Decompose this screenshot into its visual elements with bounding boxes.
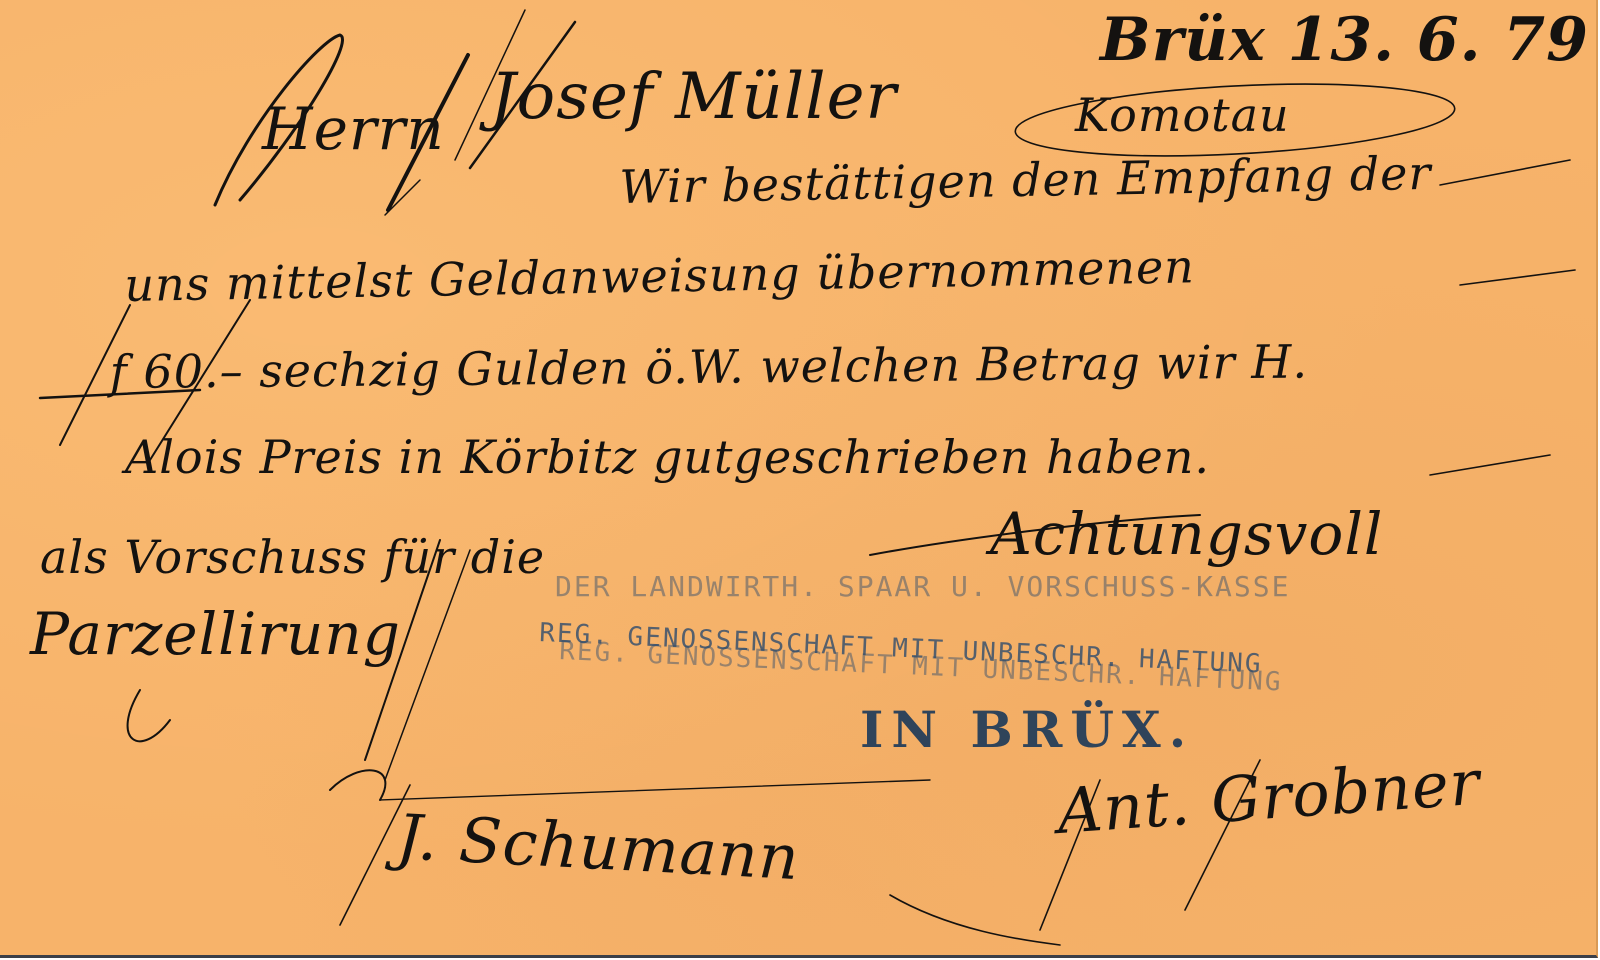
recipient-name: Josef Müller [490, 60, 897, 134]
stamp-line-1: DER LANDWIRTH. SPAAR U. VORSCHUSS-KASSE [555, 570, 1290, 603]
body-line-1: Wir bestättigen den Empfang der [619, 146, 1432, 214]
body-line-3: f 60.– sechzig Gulden ö.W. welchen Betra… [110, 335, 1309, 399]
side-note-line-2: Parzellirung [30, 600, 401, 668]
signature-left: J. Schumann [395, 800, 801, 894]
body-line-2: uns mittelst Geldanweisung übernommenen [124, 239, 1195, 312]
body-line-4: Alois Preis in Körbitz gutgeschrieben ha… [125, 430, 1210, 484]
stamp-line-3: IN BRÜX. [860, 700, 1194, 759]
side-note-line-1: als Vorschuss für die [40, 530, 545, 584]
salutation: Herrn [262, 95, 445, 163]
postcard: Herrn Josef Müller Brüx 13. 6. 79 Komota… [0, 0, 1598, 958]
closing: Achtungsvoll [990, 500, 1383, 568]
signature-right: Ant. Grobner [1055, 746, 1483, 848]
place-date: Brüx 13. 6. 79 [1100, 5, 1589, 75]
destination-town: Komotau [1075, 88, 1290, 142]
